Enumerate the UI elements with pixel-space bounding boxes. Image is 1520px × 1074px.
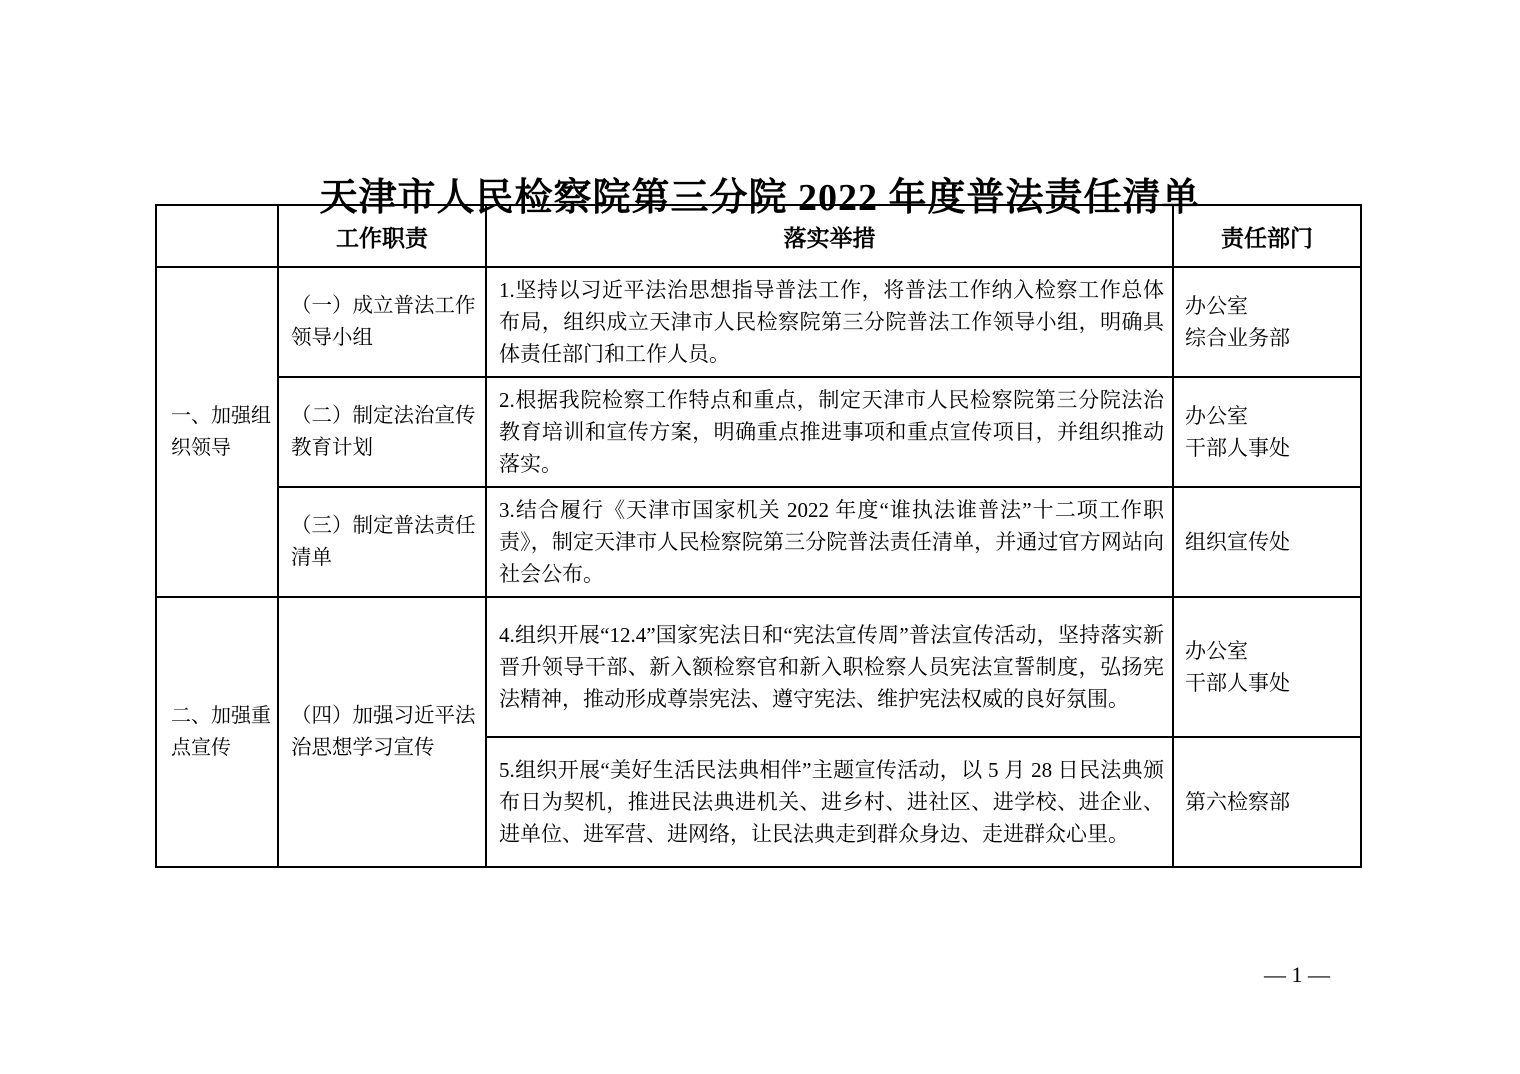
department-line: 综合业务部 xyxy=(1185,322,1354,354)
table-row: （二）制定法治宣传教育计划 2.根据我院检察工作特点和重点，制定天津市人民检察院… xyxy=(156,377,1361,487)
document-page: 天津市人民检察院第三分院 2022 年度普法责任清单 工作职责 落实举措 责任部… xyxy=(0,0,1520,1074)
responsibility-table: 工作职责 落实举措 责任部门 一、加强组织领导 （一）成立普法工作领导小组 1.… xyxy=(155,204,1362,868)
department-line: 第六检察部 xyxy=(1185,786,1354,818)
measure-cell: 4.组织开展“12.4”国家宪法日和“宪法宣传周”普法宣传活动，坚持落实新晋升领… xyxy=(486,597,1173,737)
header-cell-blank xyxy=(156,205,278,267)
department-line: 干部人事处 xyxy=(1185,432,1354,464)
measure-cell: 5.组织开展“美好生活民法典相伴”主题宣传活动，以 5 月 28 日民法典颁布日… xyxy=(486,737,1173,867)
header-cell-duty: 工作职责 xyxy=(278,205,486,267)
department-cell: 办公室 干部人事处 xyxy=(1173,377,1361,487)
table-row: 一、加强组织领导 （一）成立普法工作领导小组 1.坚持以习近平法治思想指导普法工… xyxy=(156,267,1361,377)
department-cell: 第六检察部 xyxy=(1173,737,1361,867)
header-cell-measure: 落实举措 xyxy=(486,205,1173,267)
header-cell-department: 责任部门 xyxy=(1173,205,1361,267)
department-line: 办公室 xyxy=(1185,290,1354,322)
measure-cell: 1.坚持以习近平法治思想指导普法工作，将普法工作纳入检察工作总体布局，组织成立天… xyxy=(486,267,1173,377)
department-line: 组织宣传处 xyxy=(1185,526,1354,558)
duty-cell: （三）制定普法责任清单 xyxy=(278,487,486,597)
department-line: 办公室 xyxy=(1185,400,1354,432)
department-line: 办公室 xyxy=(1185,635,1354,667)
duty-cell: （一）成立普法工作领导小组 xyxy=(278,267,486,377)
duty-cell: （四）加强习近平法治思想学习宣传 xyxy=(278,597,486,867)
table-row: 二、加强重点宣传 （四）加强习近平法治思想学习宣传 4.组织开展“12.4”国家… xyxy=(156,597,1361,737)
department-cell: 办公室 干部人事处 xyxy=(1173,597,1361,737)
category-cell: 一、加强组织领导 xyxy=(156,267,278,597)
department-cell: 办公室 综合业务部 xyxy=(1173,267,1361,377)
department-cell: 组织宣传处 xyxy=(1173,487,1361,597)
measure-cell: 3.结合履行《天津市国家机关 2022 年度“谁执法谁普法”十二项工作职责》，制… xyxy=(486,487,1173,597)
duty-cell: （二）制定法治宣传教育计划 xyxy=(278,377,486,487)
department-line: 干部人事处 xyxy=(1185,667,1354,699)
table-row: （三）制定普法责任清单 3.结合履行《天津市国家机关 2022 年度“谁执法谁普… xyxy=(156,487,1361,597)
category-cell: 二、加强重点宣传 xyxy=(156,597,278,867)
page-number: — 1 — xyxy=(1264,962,1330,988)
table-header-row: 工作职责 落实举措 责任部门 xyxy=(156,205,1361,267)
measure-cell: 2.根据我院检察工作特点和重点，制定天津市人民检察院第三分院法治教育培训和宣传方… xyxy=(486,377,1173,487)
